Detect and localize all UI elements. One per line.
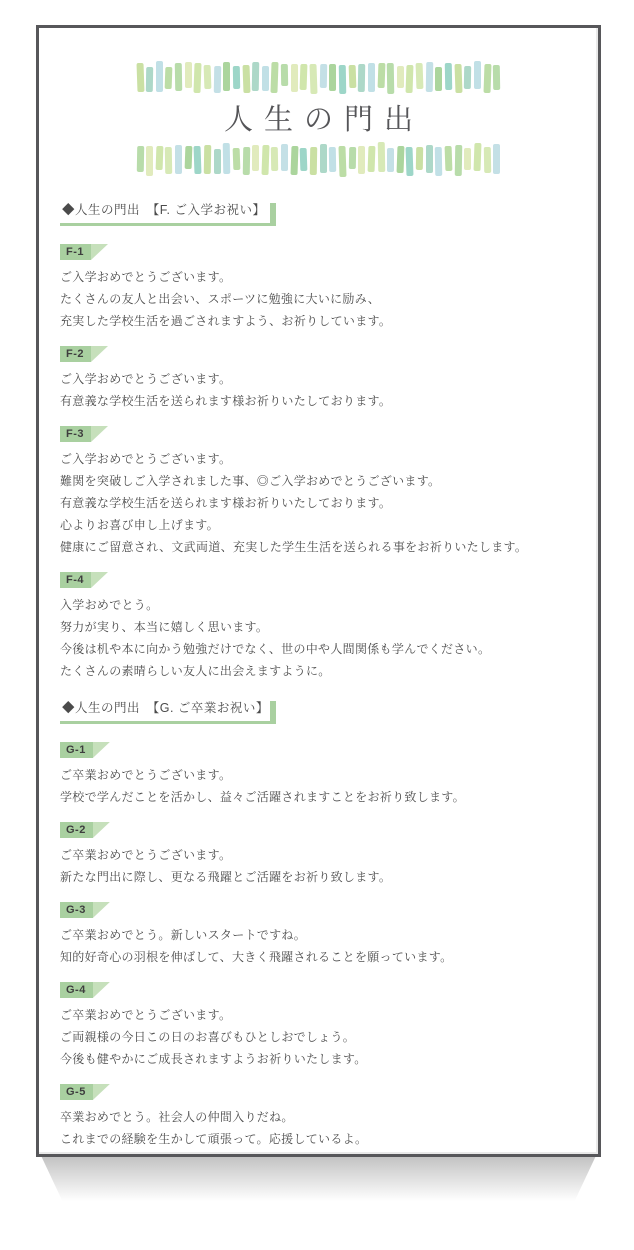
watercolor-stroke	[281, 64, 288, 86]
item-badge-row: G-3	[60, 902, 577, 918]
watercolor-stroke	[377, 142, 385, 172]
watercolor-stroke	[358, 146, 365, 174]
watercolor-stroke	[204, 65, 212, 89]
page-content: 人生の門出 ◆人生の門出 【F. ご入学お祝い】F-1ご入学おめでとうございます…	[39, 61, 598, 1150]
message-line: 今後は机や本に向かう勉強だけでなく、世の中や人間関係も学んでください。	[60, 638, 577, 660]
watercolor-stroke	[223, 62, 230, 91]
watercolor-stroke	[233, 148, 241, 170]
watercolor-stroke	[483, 147, 490, 173]
message-line: 有意義な学校生活を送られます様お祈りいたしております。	[60, 390, 577, 412]
message-lines: ご卒業おめでとうございます。新たな門出に際し、更なる飛躍とご活躍をお祈り致します…	[60, 844, 577, 888]
watercolor-stroke	[213, 65, 220, 92]
heading-accent-bar	[270, 701, 276, 724]
watercolor-stroke	[136, 62, 144, 91]
message-lines: 入学おめでとう。努力が実り、本当に嬉しく思います。今後は机や本に向かう勉強だけで…	[60, 594, 577, 682]
watercolor-stroke	[194, 146, 202, 174]
message-lines: ご卒業おめでとうございます。学校で学んだことを活かし、益々ご活躍されますことをお…	[60, 764, 577, 808]
watercolor-stroke	[184, 145, 192, 168]
watercolor-stripe-band-bottom	[137, 143, 501, 175]
watercolor-stroke	[214, 149, 221, 174]
watercolor-stroke	[242, 65, 250, 93]
message-line: ご入学おめでとうございます。	[60, 448, 577, 470]
message-line: 健康にご留意され、文武両道、充実した学生生活を送られる事をお祈りいたします。	[60, 536, 577, 558]
message-line: 有意義な学校生活を送られます様お祈りいたしております。	[60, 492, 577, 514]
item-label-badge: G-2	[60, 822, 93, 838]
message-item: G-5卒業おめでとう。社会人の仲間入りだね。これまでの経験を生かして頑張って。応…	[60, 1084, 577, 1150]
message-lines: 卒業おめでとう。社会人の仲間入りだね。これまでの経験を生かして頑張って。応援して…	[60, 1106, 577, 1150]
watercolor-stroke	[338, 145, 346, 176]
message-lines: ご卒業おめでとうございます。ご両親様の今日この日のお喜びもひとしおでしょう。今後…	[60, 1004, 577, 1070]
watercolor-stroke	[425, 62, 433, 92]
watercolor-stroke	[329, 146, 336, 171]
message-line: 新たな門出に際し、更なる飛躍とご活躍をお祈り致します。	[60, 866, 577, 888]
watercolor-stroke	[310, 147, 317, 175]
watercolor-stroke	[271, 61, 279, 92]
message-line: 学校で学んだことを活かし、益々ご活躍されますことをお祈り致します。	[60, 786, 577, 808]
watercolor-stroke	[146, 66, 153, 91]
watercolor-stroke	[262, 66, 269, 91]
watercolor-stroke	[300, 64, 308, 90]
watercolor-stroke	[155, 146, 163, 170]
watercolor-stroke	[261, 145, 269, 175]
item-label-badge: F-4	[60, 572, 91, 588]
watercolor-stroke	[426, 145, 433, 173]
watercolor-stroke	[348, 64, 356, 87]
watercolor-stripe-band-top	[137, 61, 501, 93]
section-heading: ◆人生の門出 【G. ご卒業お祝い】	[60, 696, 276, 724]
watercolor-stroke	[252, 145, 259, 171]
watercolor-stroke	[252, 61, 260, 90]
message-line: 努力が実り、本当に嬉しく思います。	[60, 616, 577, 638]
message-line: 入学おめでとう。	[60, 594, 577, 616]
section-G: ◆人生の門出 【G. ご卒業お祝い】G-1ご卒業おめでとうございます。学校で学ん…	[60, 696, 577, 1150]
watercolor-stroke	[368, 63, 375, 92]
screenshot-canvas: 人生の門出 ◆人生の門出 【F. ご入学お祝い】F-1ご入学おめでとうございます…	[0, 0, 634, 1250]
watercolor-stroke	[204, 144, 212, 173]
watercolor-stroke	[483, 63, 491, 92]
message-line: ご卒業おめでとう。新しいスタートですね。	[60, 924, 577, 946]
watercolor-stroke	[175, 63, 182, 91]
watercolor-stroke	[165, 67, 173, 89]
badge-ribbon-tail	[91, 426, 108, 442]
message-item: F-3ご入学おめでとうございます。難関を突破しご入学されました事、◎ご入学おめで…	[60, 426, 577, 558]
watercolor-stroke	[165, 146, 172, 173]
watercolor-stroke	[320, 144, 327, 173]
page-title: 人生の門出	[60, 97, 577, 138]
item-badge-row: G-2	[60, 822, 577, 838]
message-line: 充実した学校生活を過ごされますよう、お祈りしています。	[60, 310, 577, 332]
watercolor-stroke	[339, 64, 347, 93]
watercolor-stroke	[185, 62, 192, 88]
watercolor-stroke	[416, 146, 423, 169]
item-label-badge: F-2	[60, 346, 91, 362]
watercolor-stroke	[464, 148, 471, 170]
message-item: G-2ご卒業おめでとうございます。新たな門出に際し、更なる飛躍とご活躍をお祈り致…	[60, 822, 577, 888]
watercolor-stroke	[271, 147, 278, 171]
message-lines: ご入学おめでとうございます。有意義な学校生活を送られます様お祈りいたしております…	[60, 368, 577, 412]
watercolor-stroke	[223, 142, 231, 173]
watercolor-stroke	[156, 61, 163, 92]
message-line: たくさんの友人と出会い、スポーツに勉強に大いに励み、	[60, 288, 577, 310]
item-badge-row: G-1	[60, 742, 577, 758]
watercolor-stroke	[397, 66, 404, 88]
badge-ribbon-tail	[93, 822, 110, 838]
item-badge-row: G-4	[60, 982, 577, 998]
badge-ribbon-tail	[93, 982, 110, 998]
badge-ribbon-tail	[93, 742, 110, 758]
watercolor-stroke	[377, 62, 385, 87]
watercolor-stroke	[387, 62, 395, 93]
message-lines: ご卒業おめでとう。新しいスタートですね。知的好奇心の羽根を伸ばして、大きく飛躍さ…	[60, 924, 577, 968]
sections-container: ◆人生の門出 【F. ご入学お祝い】F-1ご入学おめでとうございます。たくさんの…	[60, 175, 577, 1150]
watercolor-stroke	[416, 63, 424, 89]
watercolor-stroke	[290, 145, 298, 174]
watercolor-stroke	[464, 65, 471, 88]
message-item: F-2ご入学おめでとうございます。有意義な学校生活を送られます様お祈りいたしてお…	[60, 346, 577, 412]
heading-accent-bar	[270, 203, 276, 226]
badge-ribbon-tail	[93, 1084, 110, 1100]
watercolor-stroke	[445, 62, 452, 89]
item-badge-row: F-3	[60, 426, 577, 442]
message-item: F-1ご入学おめでとうございます。たくさんの友人と出会い、スポーツに勉強に大いに…	[60, 244, 577, 332]
watercolor-stroke	[435, 67, 442, 91]
badge-ribbon-tail	[93, 902, 110, 918]
watercolor-stroke	[387, 148, 394, 172]
item-label-badge: G-3	[60, 902, 93, 918]
page-reflection-shadow	[36, 1157, 601, 1205]
item-badge-row: F-2	[60, 346, 577, 362]
watercolor-stroke	[474, 61, 481, 89]
message-line: ご卒業おめでとうございます。	[60, 844, 577, 866]
watercolor-stroke	[329, 64, 336, 91]
item-badge-row: F-1	[60, 244, 577, 260]
watercolor-stroke	[435, 146, 443, 175]
item-label-badge: F-3	[60, 426, 91, 442]
watercolor-stroke	[493, 64, 500, 89]
badge-ribbon-tail	[91, 346, 108, 362]
watercolor-stroke	[493, 144, 500, 174]
watercolor-stroke	[291, 64, 298, 92]
message-item: G-1ご卒業おめでとうございます。学校で学んだことを活かし、益々ご活躍されますこ…	[60, 742, 577, 808]
message-lines: ご入学おめでとうございます。たくさんの友人と出会い、スポーツに勉強に大いに励み、…	[60, 266, 577, 332]
message-line: 今後も健やかにご成長されますようお祈りいたします。	[60, 1048, 577, 1070]
message-line: 心よりお喜び申し上げます。	[60, 514, 577, 536]
watercolor-stroke	[406, 65, 414, 93]
watercolor-stroke	[136, 146, 143, 172]
document-page: 人生の門出 ◆人生の門出 【F. ご入学お祝い】F-1ご入学おめでとうございます…	[36, 25, 601, 1157]
watercolor-stroke	[473, 143, 481, 171]
message-line: これまでの経験を生かして頑張って。応援しているよ。	[60, 1128, 577, 1150]
message-lines: ご入学おめでとうございます。難関を突破しご入学されました事、◎ご入学おめでとうご…	[60, 448, 577, 558]
badge-ribbon-tail	[91, 572, 108, 588]
watercolor-stroke	[367, 146, 375, 172]
watercolor-stroke	[454, 63, 462, 92]
message-line: ご卒業おめでとうございます。	[60, 764, 577, 786]
message-line: ご卒業おめでとうございます。	[60, 1004, 577, 1026]
message-item: G-3ご卒業おめでとう。新しいスタートですね。知的好奇心の羽根を伸ばして、大きく…	[60, 902, 577, 968]
watercolor-stroke	[358, 64, 365, 92]
watercolor-stroke	[319, 64, 326, 88]
item-badge-row: F-4	[60, 572, 577, 588]
watercolor-stroke	[194, 63, 202, 93]
section-heading: ◆人生の門出 【F. ご入学お祝い】	[60, 198, 276, 226]
watercolor-stroke	[281, 144, 288, 171]
message-line: ご両親様の今日この日のお喜びもひとしおでしょう。	[60, 1026, 577, 1048]
item-label-badge: G-4	[60, 982, 93, 998]
watercolor-stroke	[445, 145, 453, 170]
watercolor-stroke	[348, 147, 355, 169]
message-line: 難関を突破しご入学されました事、◎ご入学おめでとうございます。	[60, 470, 577, 492]
watercolor-stroke	[454, 144, 462, 175]
message-line: ご入学おめでとうございます。	[60, 368, 577, 390]
watercolor-stroke	[396, 145, 404, 172]
message-line: ご入学おめでとうございます。	[60, 266, 577, 288]
watercolor-stroke	[310, 64, 318, 94]
message-line: たくさんの素晴らしい友人に出会えますように。	[60, 660, 577, 682]
item-label-badge: G-5	[60, 1084, 93, 1100]
watercolor-stroke	[242, 147, 249, 175]
message-item: F-4入学おめでとう。努力が実り、本当に嬉しく思います。今後は机や本に向かう勉強…	[60, 572, 577, 682]
watercolor-stroke	[175, 145, 182, 174]
message-item: G-4ご卒業おめでとうございます。ご両親様の今日この日のお喜びもひとしおでしょう…	[60, 982, 577, 1070]
item-badge-row: G-5	[60, 1084, 577, 1100]
watercolor-stroke	[233, 65, 240, 88]
item-label-badge: G-1	[60, 742, 93, 758]
watercolor-stroke	[146, 146, 153, 176]
message-line: 知的好奇心の羽根を伸ばして、大きく飛躍されることを願っています。	[60, 946, 577, 968]
item-label-badge: F-1	[60, 244, 91, 260]
badge-ribbon-tail	[91, 244, 108, 260]
message-line: 卒業おめでとう。社会人の仲間入りだね。	[60, 1106, 577, 1128]
section-F: ◆人生の門出 【F. ご入学お祝い】F-1ご入学おめでとうございます。たくさんの…	[60, 198, 577, 682]
watercolor-stroke	[406, 146, 414, 175]
watercolor-stroke	[300, 147, 308, 170]
